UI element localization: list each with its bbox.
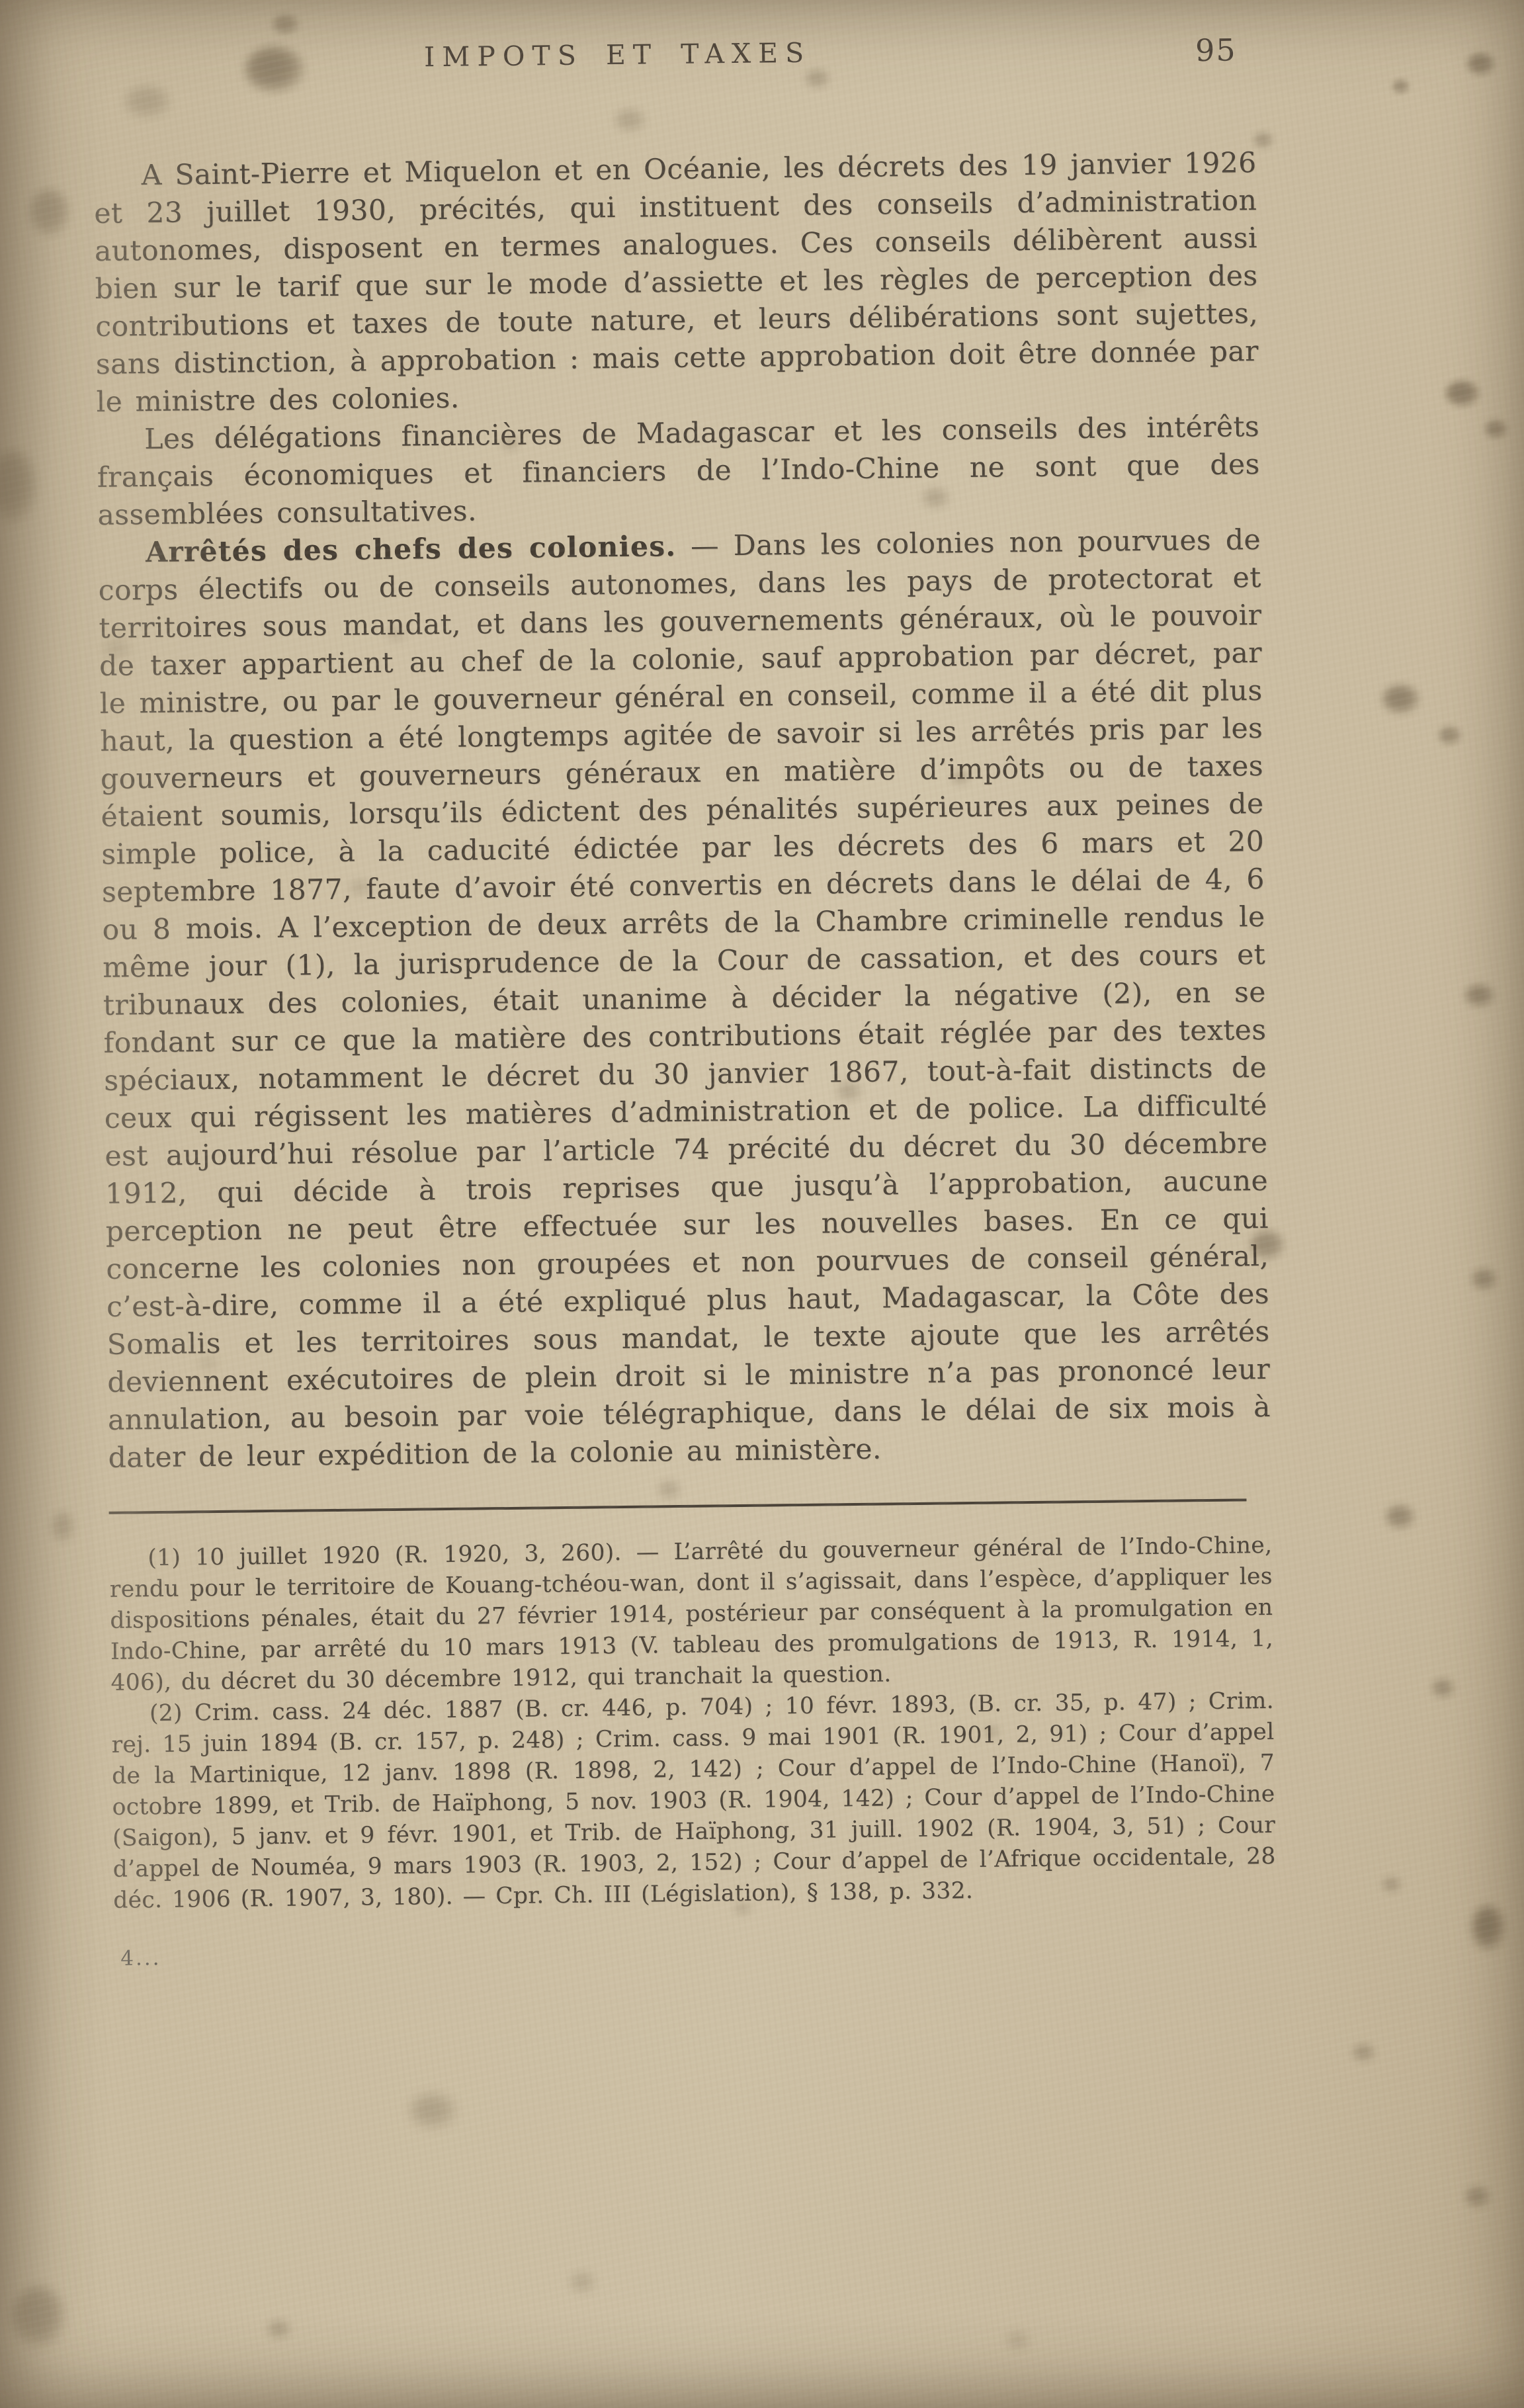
scanned-book-page: IMPOTS ET TAXES 95 A Saint-Pierre et Miq…	[0, 0, 1524, 2408]
paper-stain	[273, 15, 299, 34]
paper-stain	[1253, 132, 1273, 148]
paper-stain	[1432, 1679, 1455, 1698]
paper-stain	[410, 2094, 456, 2128]
section-body-text: — Dans les colonies non pourvues de corp…	[99, 524, 1271, 1475]
paper-stain	[1392, 79, 1410, 94]
page-title: IMPOTS ET TAXES	[92, 33, 1142, 77]
paper-stain	[1439, 726, 1461, 745]
paragraph-arretes-chefs-colonies: Arrêtés des chefs des colonies. — Dans l…	[98, 521, 1271, 1477]
footnote-separator-rule	[109, 1498, 1247, 1514]
paper-stain	[1472, 1905, 1505, 1950]
paper-stain	[12, 2286, 65, 2346]
paper-stain	[30, 189, 69, 236]
page-content: IMPOTS ET TAXES 95 A Saint-Pierre et Miq…	[92, 32, 1277, 1971]
paper-stain	[52, 1512, 74, 1542]
section-heading: Arrêtés des chefs des colonies.	[146, 530, 677, 569]
page-number: 95	[1195, 32, 1237, 68]
footnotes-block: (1) 10 juillet 1920 (R. 1920, 3, 260). —…	[109, 1530, 1276, 1916]
paper-stain	[570, 2272, 595, 2292]
paper-stain	[1386, 1505, 1415, 1529]
paper-stain	[1382, 685, 1419, 714]
paragraph-delegations: Les délégations financières de Madagasca…	[97, 408, 1261, 535]
paper-stain	[1472, 1269, 1497, 1290]
paper-stain	[1467, 53, 1495, 75]
footnote-1: (1) 10 juillet 1920 (R. 1920, 3, 260). —…	[109, 1530, 1274, 1699]
paper-stain	[1353, 2044, 1375, 2061]
paper-stain	[1445, 380, 1480, 407]
paper-stain	[1007, 2332, 1029, 2349]
running-head: IMPOTS ET TAXES 95	[92, 32, 1255, 97]
paper-stain	[1465, 984, 1494, 1007]
paper-stain	[1465, 2186, 1490, 2208]
footnote-2: (2) Crim. cass. 24 déc. 1887 (B. cr. 446…	[111, 1686, 1277, 1916]
main-text-block: A Saint-Pierre et Miquelon et en Océanie…	[93, 144, 1271, 1477]
signature-mark: 4...	[114, 1934, 1277, 1971]
paper-stain	[1485, 420, 1507, 439]
paper-stain	[1382, 1877, 1401, 1892]
paper-stain	[268, 2321, 290, 2338]
paragraph-saint-pierre: A Saint-Pierre et Miquelon et en Océanie…	[93, 144, 1259, 421]
paper-stain	[0, 450, 36, 523]
